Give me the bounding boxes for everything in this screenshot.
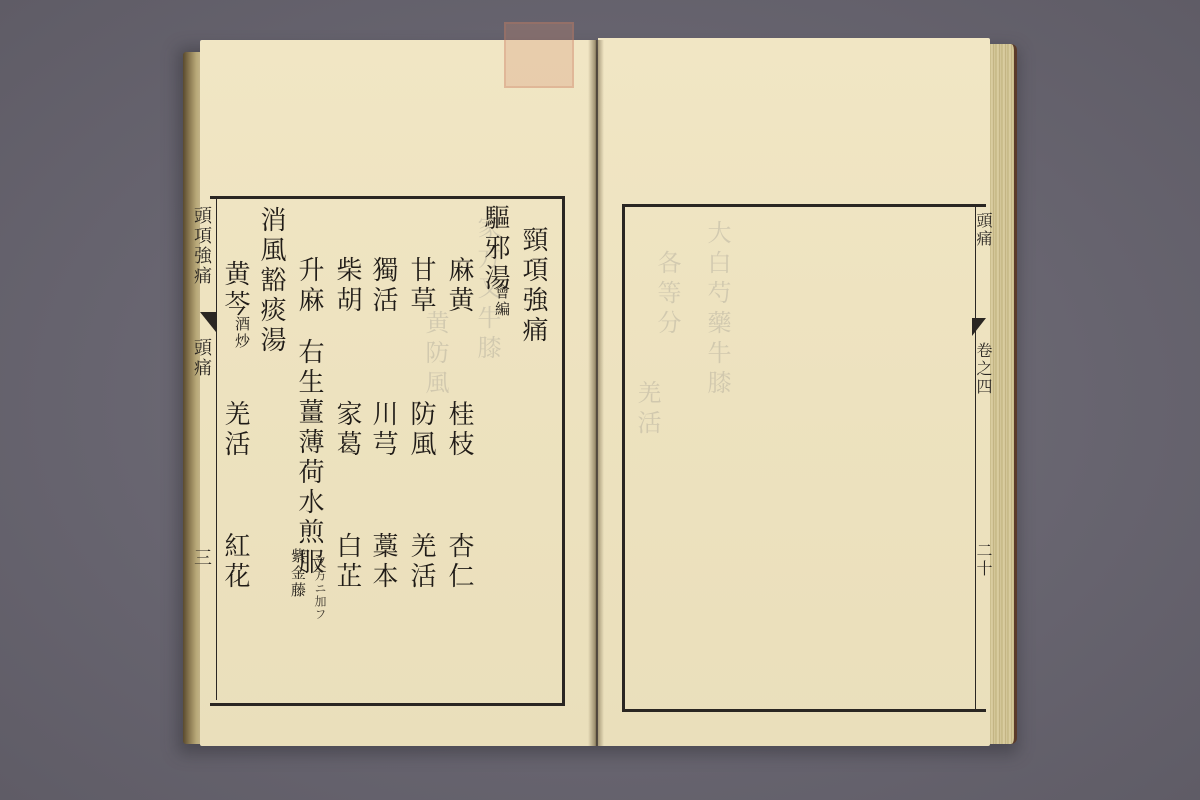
ingredient: 羌活 — [408, 532, 434, 592]
ingredient: 羌活 — [222, 400, 248, 460]
library-seal — [504, 22, 574, 88]
ingredient: 麻黄 — [446, 256, 472, 316]
fishtail-mark — [200, 312, 216, 332]
ingredient: 獨活 — [370, 256, 396, 316]
ingredient: 杏仁 — [446, 532, 472, 592]
banxin-volume: 卷之四 — [972, 342, 995, 396]
printed-frame-right — [622, 204, 976, 712]
fishtail-mark — [972, 318, 986, 336]
book-gutter — [588, 40, 604, 746]
ingredient: 家葛 — [334, 400, 360, 460]
formula-name: 驅邪湯 — [482, 204, 508, 294]
ingredient: 桂枝 — [446, 400, 472, 460]
ingredient: 藁本 — [370, 532, 396, 592]
formula-name: 消風豁痰湯 — [258, 206, 284, 356]
heading: 頸項強痛 — [520, 226, 546, 346]
ingredient: 甘草 — [408, 256, 434, 316]
ingredient: 黄芩 — [222, 260, 248, 320]
banxin-title: 頭痛 — [972, 212, 995, 248]
ingredient: 防風 — [408, 400, 434, 460]
ingredient: 川芎 — [370, 400, 396, 460]
ingredient: 紅花 — [222, 532, 248, 592]
ingredient: 白芷 — [334, 532, 360, 592]
banxin-section: 頭痛 — [188, 338, 214, 378]
source-note: 會編 — [494, 284, 509, 318]
ingredient-note: 酒炒 — [234, 316, 249, 350]
preparation-instruction: 右生薑薄荷水煎服 — [296, 338, 322, 578]
ingredient: 升麻 — [296, 256, 322, 316]
banxin-page-number: 二十 — [972, 542, 995, 578]
ingredient: 柴胡 — [334, 256, 360, 316]
annotation: 紫金藤 — [290, 548, 305, 599]
banxin-title: 頭項強痛 — [188, 206, 214, 286]
kana-annotation: 又方ニ加フ — [314, 556, 326, 621]
banxin-page-number: 三 — [188, 548, 214, 568]
banxin-right — [972, 204, 986, 712]
